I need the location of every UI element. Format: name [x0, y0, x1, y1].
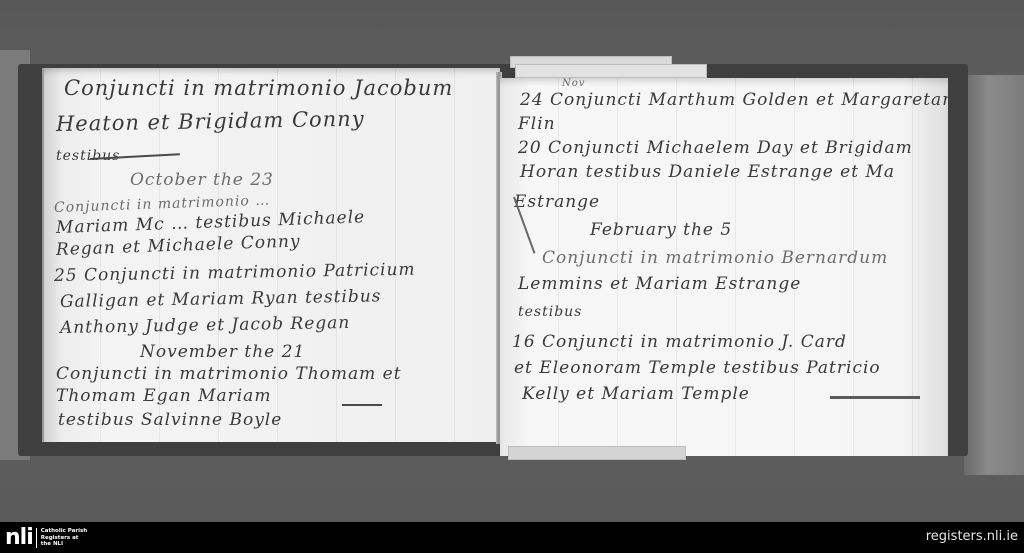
date-heading: February the 5: [590, 220, 732, 240]
footer-bar: nli Catholic Parish Registers at the NLI…: [0, 522, 1024, 553]
handwritten-line: testibus Salvinne Boyle: [58, 410, 282, 430]
logo-divider: [36, 528, 37, 548]
handwritten-line: Kelly et Mariam Temple: [522, 384, 750, 404]
margin-note: Nov: [562, 78, 585, 89]
date-heading: November the 21: [140, 342, 305, 362]
handwritten-line: Conjuncti in matrimonio Jacobum: [64, 76, 453, 100]
site-url-link[interactable]: registers.nli.ie: [926, 529, 1018, 544]
register-page-left: Conjuncti in matrimonio Jacobum Heaton e…: [42, 68, 500, 442]
handwritten-line: Conjuncti in matrimonio Thomam et: [56, 364, 402, 384]
table-background-right: [964, 75, 1024, 475]
handwritten-line: Thomam Egan Mariam: [56, 386, 271, 406]
register-image-viewer[interactable]: Conjuncti in matrimonio Jacobum Heaton e…: [0, 0, 1024, 522]
handwritten-line: testibus: [518, 304, 582, 320]
handwritten-line: Flin: [518, 114, 556, 134]
logo-text: Catholic Parish Registers at the NLI: [41, 528, 87, 548]
handwritten-line: 16 Conjuncti in matrimonio J. Card: [512, 332, 847, 352]
logo-text-line: Registers at: [41, 535, 79, 541]
date-heading: October the 23: [130, 170, 274, 190]
nli-logo-mark: nli: [5, 527, 33, 549]
handwritten-line: 25 Conjuncti in matrimonio Patricium: [54, 260, 416, 286]
logo-text-line: the NLI: [41, 541, 63, 547]
handwritten-line: Horan testibus Daniele Estrange et Ma: [520, 162, 895, 182]
loose-paper-slip: [515, 64, 707, 78]
handwritten-line: 24 Conjuncti Marthum Golden et Margareta…: [520, 90, 948, 110]
handwritten-line: Conjuncti in matrimonio Bernardum: [542, 248, 888, 268]
pen-stroke: [342, 404, 382, 406]
pen-stroke: [830, 396, 920, 399]
loose-paper-slip: [508, 446, 686, 460]
handwritten-line: Heaton et Brigidam Conny: [56, 107, 365, 136]
handwritten-line: Lemmins et Mariam Estrange: [518, 274, 801, 294]
handwritten-line: et Eleonoram Temple testibus Patricio: [514, 358, 881, 378]
handwritten-line: Estrange: [514, 192, 600, 212]
handwritten-line: Anthony Judge et Jacob Regan: [60, 313, 351, 338]
handwritten-line: Galligan et Mariam Ryan testibus: [60, 286, 382, 312]
register-page-right: Nov 24 Conjuncti Marthum Golden et Marga…: [500, 78, 948, 456]
nli-logo[interactable]: nli Catholic Parish Registers at the NLI: [5, 527, 87, 549]
logo-text-line: Catholic Parish: [41, 528, 87, 534]
handwritten-line: 20 Conjuncti Michaelem Day et Brigidam: [518, 138, 913, 158]
